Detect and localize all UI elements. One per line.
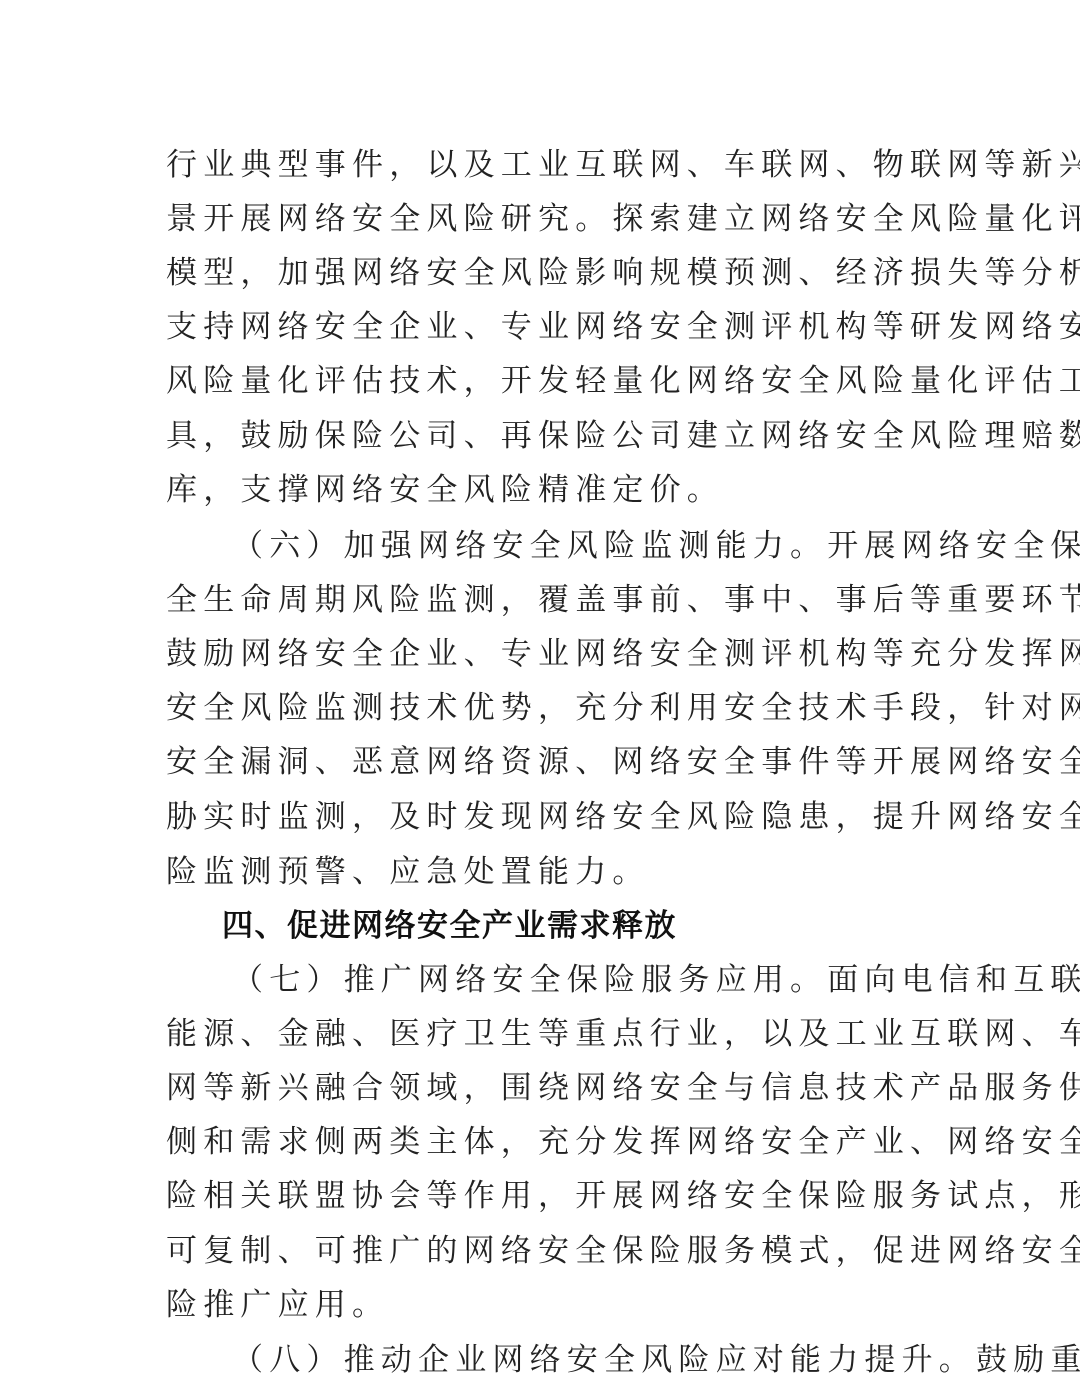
paragraph-line: 行业典型事件，以及工业互联网、车联网、物联网等新兴场 bbox=[166, 143, 916, 187]
numbered-item-7-first-line: （七）推广网络安全保险服务应用。面向电信和互联网、 bbox=[232, 958, 982, 1002]
paragraph-line: 安全漏洞、恶意网络资源、网络安全事件等开展网络安全威 bbox=[166, 740, 916, 784]
paragraph-line: 险推广应用。 bbox=[166, 1283, 916, 1327]
paragraph-line: 支持网络安全企业、专业网络安全测评机构等研发网络安全 bbox=[166, 305, 916, 349]
paragraph-line: 全生命周期风险监测，覆盖事前、事中、事后等重要环节。 bbox=[166, 578, 916, 622]
numbered-item-6-first-line: （六）加强网络安全风险监测能力。开展网络安全保险 bbox=[232, 524, 982, 568]
paragraph-line: 景开展网络安全风险研究。探索建立网络安全风险量化评估 bbox=[166, 197, 916, 241]
paragraph-line: 安全风险监测技术优势，充分利用安全技术手段，针对网络 bbox=[166, 686, 916, 730]
paragraph-line: 险监测预警、应急处置能力。 bbox=[166, 850, 916, 894]
paragraph-line: 胁实时监测，及时发现网络安全风险隐患，提升网络安全风 bbox=[166, 795, 916, 839]
paragraph-line: 具，鼓励保险公司、再保险公司建立网络安全风险理赔数据 bbox=[166, 414, 916, 458]
paragraph-line: 险相关联盟协会等作用，开展网络安全保险服务试点，形成 bbox=[166, 1174, 916, 1218]
paragraph-line: 库，支撑网络安全风险精准定价。 bbox=[166, 468, 916, 512]
paragraph-line: 能源、金融、医疗卫生等重点行业，以及工业互联网、车联 bbox=[166, 1012, 916, 1056]
paragraph-line: 鼓励网络安全企业、专业网络安全测评机构等充分发挥网络 bbox=[166, 632, 916, 676]
paragraph-line: 模型，加强网络安全风险影响规模预测、经济损失等分析。 bbox=[166, 251, 916, 295]
paragraph-line: 可复制、可推广的网络安全保险服务模式，促进网络安全保 bbox=[166, 1229, 916, 1273]
paragraph-line: 网等新兴融合领域，围绕网络安全与信息技术产品服务供给 bbox=[166, 1066, 916, 1110]
section-heading: 四、促进网络安全产业需求释放 bbox=[222, 904, 972, 948]
paragraph-line: 侧和需求侧两类主体，充分发挥网络安全产业、网络安全保 bbox=[166, 1120, 916, 1164]
document-page: 行业典型事件，以及工业互联网、车联网、物联网等新兴场 景开展网络安全风险研究。探… bbox=[0, 0, 1080, 1380]
paragraph-line: 风险量化评估技术，开发轻量化网络安全风险量化评估工 bbox=[166, 359, 916, 403]
numbered-item-8-first-line: （八）推动企业网络安全风险应对能力提升。鼓励重点 bbox=[232, 1338, 982, 1380]
